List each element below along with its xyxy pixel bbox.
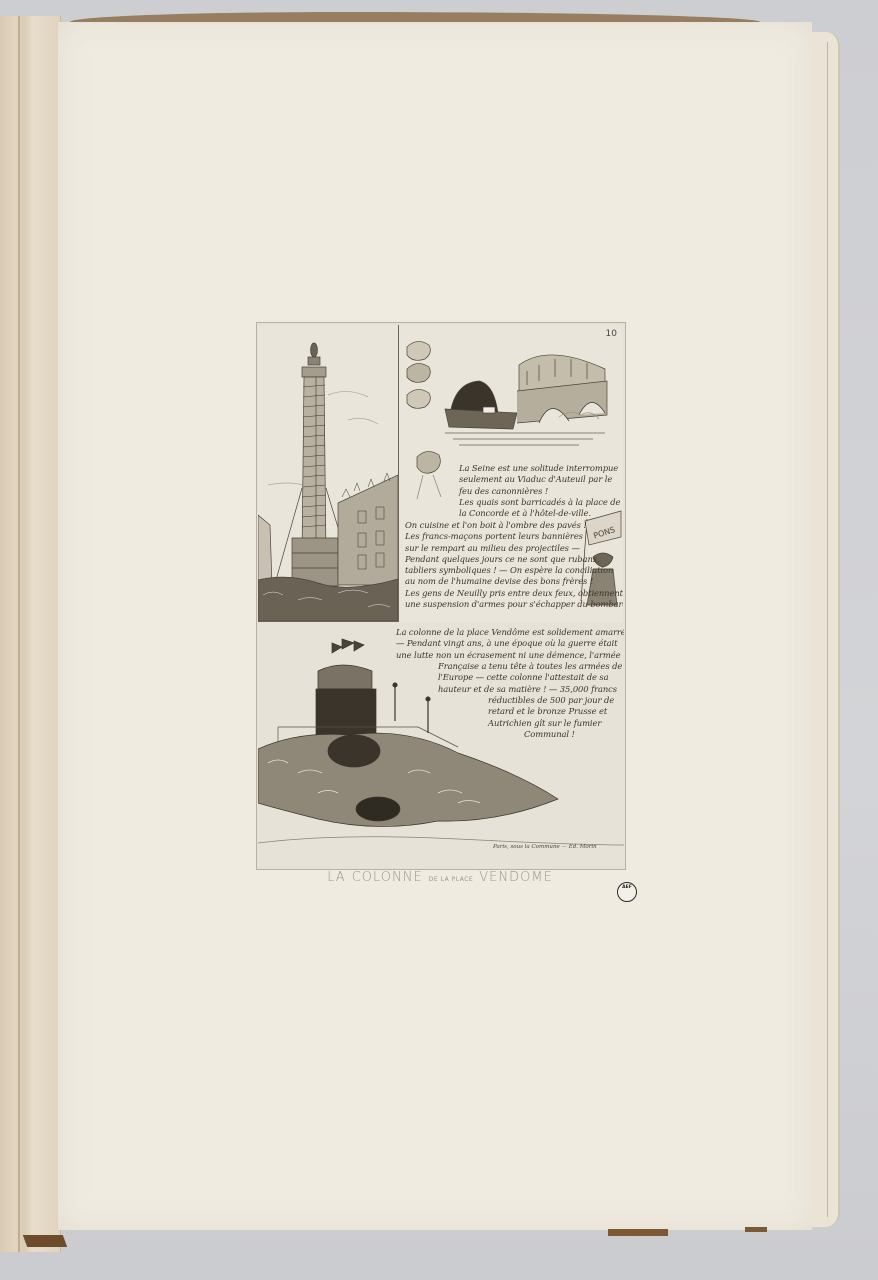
text-line: sur le rempart au milieu des projectiles…	[405, 543, 623, 554]
text-line: La colonne de la place Vendôme est solid…	[396, 627, 624, 638]
ruins-text-block-2: Française a tenu tête à toutes les armée…	[438, 661, 622, 695]
panel-ruins: La colonne de la place Vendôme est solid…	[258, 623, 624, 867]
ruins-text-block-1: La colonne de la place Vendôme est solid…	[396, 627, 624, 661]
text-line: Communal !	[488, 729, 614, 740]
bound-page-edges-left	[0, 16, 61, 1252]
text-line: tabliers symboliques ! — On espère la co…	[405, 565, 623, 576]
collection-stamp-icon: AEF	[617, 882, 637, 902]
text-line: On cuisine et l'on boit à l'ombre des pa…	[405, 520, 623, 531]
text-line: Pendant quelques jours ce ne sont que ru…	[405, 554, 623, 565]
text-line: retard et le bronze Prusse et	[488, 706, 614, 717]
text-line: au nom de l'humaine devise des bons frèr…	[405, 576, 623, 587]
panel-seine: 10	[399, 325, 623, 628]
title-word: LA	[327, 870, 345, 885]
panel-column	[258, 325, 399, 622]
seine-text-block-1: La Seine est une solitude interrompue se…	[459, 463, 620, 519]
text-line: une lutte non un écrasement ni une démen…	[396, 650, 624, 661]
text-line: une suspension d'armes pour s'échapper d…	[405, 599, 623, 610]
artist-signature: Paris, sous la Commune — Ed. Morin	[493, 844, 597, 850]
text-line: Les quais sont barricadés à la place de	[459, 497, 620, 508]
text-line: hauteur et de sa matière ! — 35,000 fran…	[438, 684, 622, 695]
text-line: — Pendant vingt ans, à une époque où la …	[396, 638, 624, 649]
text-line: l'Europe — cette colonne l'attestait de …	[438, 672, 622, 683]
text-line: La Seine est une solitude interrompue	[459, 463, 620, 474]
title-word: COLONNE	[352, 870, 423, 885]
text-line: Française a tenu tête à toutes les armée…	[438, 661, 622, 672]
text-line: Les francs-maçons portent leurs bannière…	[405, 531, 623, 542]
title-word: DE LA PLACE	[429, 876, 473, 883]
text-line: seulement au Viaduc d'Auteuil par le	[459, 474, 620, 485]
torn-edge-bottom-right	[608, 1229, 668, 1236]
etching-plate: 10	[256, 322, 626, 870]
vendome-column-illustration	[258, 325, 398, 621]
torn-edge-bottom-left	[23, 1235, 67, 1247]
title-word: VENDOME	[479, 870, 553, 885]
sketched-heads-icon	[407, 341, 441, 499]
text-line: Les gens de Neuilly pris entre deux feux…	[405, 588, 623, 599]
text-line: réductibles de 500 par jour de	[488, 695, 614, 706]
text-line: la Concorde et à l'hôtel-de-ville.	[459, 508, 620, 519]
torn-edge-bottom-right-small	[745, 1227, 767, 1232]
seine-text-block-2: On cuisine et l'on boit à l'ombre des pa…	[405, 520, 623, 610]
ruins-text-block-3: réductibles de 500 par jour de retard et…	[488, 695, 614, 740]
text-line: Autrichien gît sur le fumier	[488, 718, 614, 729]
plate-title: LA COLONNE DE LA PLACE VENDOME	[256, 866, 624, 885]
text-line: feu des canonnières !	[459, 486, 620, 497]
